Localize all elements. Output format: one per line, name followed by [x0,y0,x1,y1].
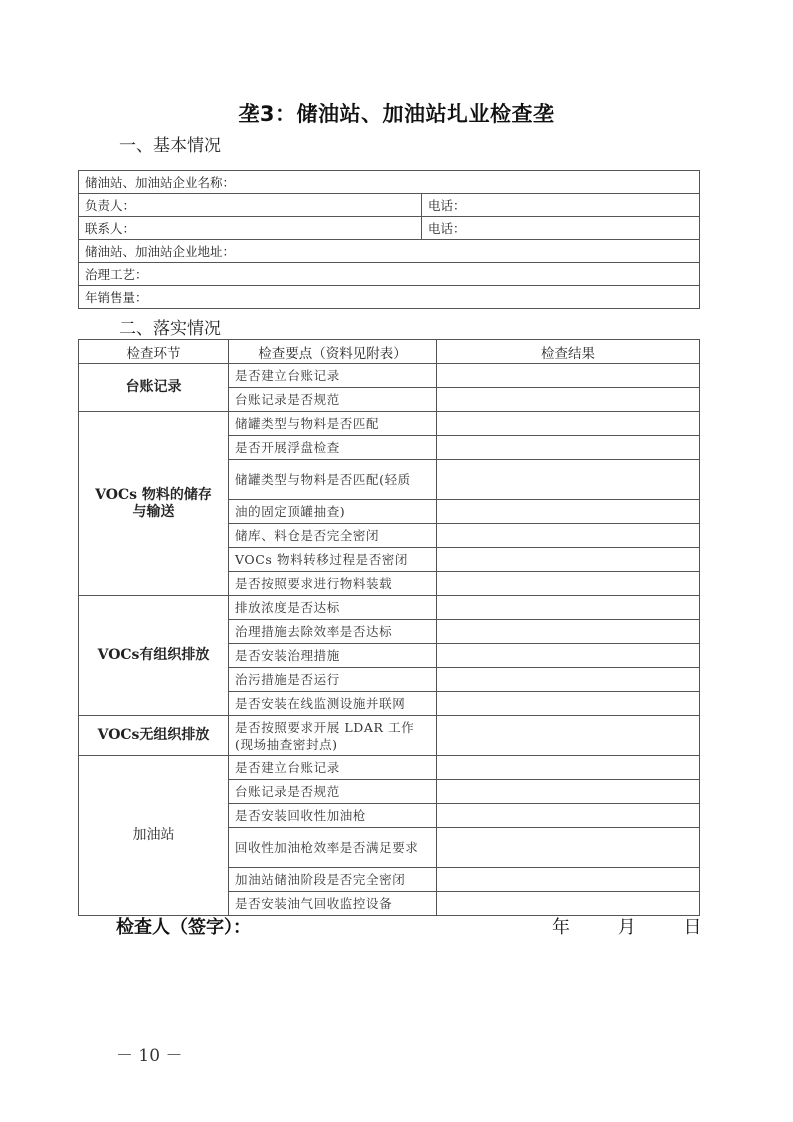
basic-info-table: 储油站、加油站企业名称： 负责人： 电话： 联系人： 电话： 储油站、加油站企业… [78,170,700,309]
check-point: 排放浓度是否达标 [229,596,437,620]
header-stage: 检查环节 [79,340,229,364]
check-point: 是否安装治理措施 [229,644,437,668]
table-row: 储油站、加油站企业地址： [79,240,700,263]
address-field[interactable]: 储油站、加油站企业地址： [79,240,700,263]
check-point: 治污措施是否运行 [229,668,437,692]
check-point: 储罐类型与物料是否匹配 [229,412,437,436]
check-point: 加油站储油阶段是否完全密闭 [229,868,437,892]
page-number: － 10 － [116,1041,182,1066]
company-name-field[interactable]: 储油站、加油站企业名称： [79,171,700,194]
result-cell[interactable] [437,460,700,500]
table-row: 负责人： 电话： [79,194,700,217]
table-row: 年销售量： [79,286,700,309]
contact-field[interactable]: 联系人： [79,217,422,240]
inspector-signature-label: 检查人（签字）： [116,913,251,939]
phone-field-2[interactable]: 电话： [422,217,700,240]
check-point: 是否开展浮盘检查 [229,436,437,460]
result-cell[interactable] [437,364,700,388]
section-heading-basic: 一、基本情况 [119,131,221,156]
table-row: 储油站、加油站企业名称： [79,171,700,194]
result-cell[interactable] [437,388,700,412]
result-cell[interactable] [437,596,700,620]
check-point: 油的固定顶罐抽查) [229,500,437,524]
header-result: 检查结果 [437,340,700,364]
result-cell[interactable] [437,436,700,460]
check-point: 是否建立台账记录 [229,756,437,780]
header-points: 检查要点（资料见附表） [229,340,437,364]
person-in-charge-field[interactable]: 负责人： [79,194,422,217]
result-cell[interactable] [437,668,700,692]
date-month-label: 月 [618,917,636,938]
table-row: VOCs无组织排放 是否按照要求开展 LDAR 工作(现场抽查密封点) [79,716,700,756]
stage-ledger: 台账记录 [79,364,229,412]
stage-voc-organized-emission: VOCs有组织排放 [79,596,229,716]
date-field[interactable]: 年 月 日 [552,913,723,939]
table-row: 治理工艺： [79,263,700,286]
result-cell[interactable] [437,620,700,644]
table-row: VOCs 物料的储存与输送 储罐类型与物料是否匹配 [79,412,700,436]
check-point: 是否建立台账记录 [229,364,437,388]
check-point: 是否安装油气回收监控设备 [229,892,437,916]
table-row: 加油站 是否建立台账记录 [79,756,700,780]
result-cell[interactable] [437,548,700,572]
table-row: 台账记录 是否建立台账记录 [79,364,700,388]
result-cell[interactable] [437,524,700,548]
stage-gas-station: 加油站 [79,756,229,916]
phone-field-1[interactable]: 电话： [422,194,700,217]
check-point: 回收性加油枪效率是否满足要求 [229,828,437,868]
check-point: 台账记录是否规范 [229,780,437,804]
date-day-label: 日 [683,917,701,938]
date-year-label: 年 [552,917,570,938]
check-point: 治理措施去除效率是否达标 [229,620,437,644]
check-point: 是否安装在线监测设施并联网 [229,692,437,716]
result-cell[interactable] [437,500,700,524]
result-cell[interactable] [437,892,700,916]
check-point: 储罐类型与物料是否匹配(轻质 [229,460,437,500]
result-cell[interactable] [437,412,700,436]
check-point: 台账记录是否规范 [229,388,437,412]
check-point: 储库、料仓是否完全密闭 [229,524,437,548]
result-cell[interactable] [437,780,700,804]
check-point: 是否按照要求进行物料装载 [229,572,437,596]
section-heading-implementation: 二、落实情况 [119,314,221,339]
stage-voc-fugitive-emission: VOCs无组织排放 [79,716,229,756]
result-cell[interactable] [437,572,700,596]
result-cell[interactable] [437,828,700,868]
table-row: 联系人： 电话： [79,217,700,240]
result-cell[interactable] [437,756,700,780]
result-cell[interactable] [437,692,700,716]
process-field[interactable]: 治理工艺： [79,263,700,286]
check-point: VOCs 物料转移过程是否密闭 [229,548,437,572]
result-cell[interactable] [437,716,700,756]
check-point: 是否安装回收性加油枪 [229,804,437,828]
check-point: 是否按照要求开展 LDAR 工作(现场抽查密封点) [229,716,437,756]
document-title: 垄3：储油站、加油站圠业检查垄 [0,98,793,128]
result-cell[interactable] [437,868,700,892]
annual-sales-field[interactable]: 年销售量： [79,286,700,309]
inspection-table: 检查环节 检查要点（资料见附表） 检查结果 台账记录 是否建立台账记录 台账记录… [78,339,700,916]
table-header-row: 检查环节 检查要点（资料见附表） 检查结果 [79,340,700,364]
table-row: VOCs有组织排放 排放浓度是否达标 [79,596,700,620]
result-cell[interactable] [437,644,700,668]
stage-voc-storage: VOCs 物料的储存与输送 [79,412,229,596]
result-cell[interactable] [437,804,700,828]
